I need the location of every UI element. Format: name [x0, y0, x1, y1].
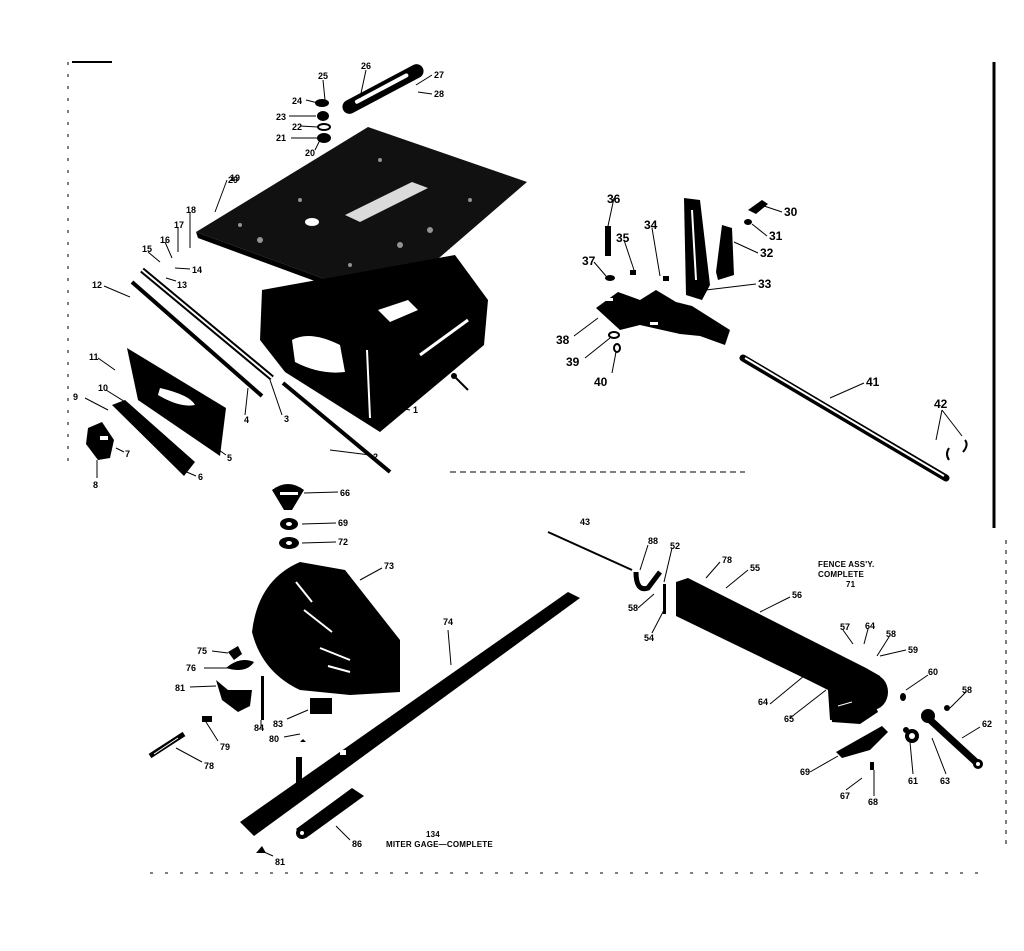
part-callout-27: 27: [434, 71, 444, 80]
part-callout-86: 86: [352, 840, 362, 849]
part-callout-14: 14: [192, 266, 202, 275]
part-callout-63: 63: [940, 777, 950, 786]
part-callout-79: 79: [220, 743, 230, 752]
fence-caption-line2: COMPLETE: [818, 570, 874, 580]
part-callout-38: 38: [556, 334, 569, 346]
part-callout-8: 8: [93, 481, 98, 490]
part-callout-37: 37: [582, 255, 595, 267]
part-callout-26: 26: [361, 62, 371, 71]
part-callout-40: 40: [594, 376, 607, 388]
part-callout-43: 43: [580, 518, 590, 527]
part-callout-41: 41: [866, 376, 879, 388]
part-callout-15: 15: [142, 245, 152, 254]
part-callout-17: 17: [174, 221, 184, 230]
part-callout-13: 13: [177, 281, 187, 290]
part-callout-39: 39: [566, 356, 579, 368]
part-callout-57: 57: [840, 623, 850, 632]
part-callout-20: 20: [305, 149, 315, 158]
part-callout-65: 65: [784, 715, 794, 724]
part-callout-16: 16: [160, 236, 170, 245]
part-callout-31: 31: [769, 230, 782, 242]
part-callout-74: 74: [443, 618, 453, 627]
part-callout-23: 23: [276, 113, 286, 122]
part-callout-76: 76: [186, 664, 196, 673]
part-callout-69: 69: [338, 519, 348, 528]
part-callout-83: 83: [273, 720, 283, 729]
part-callout-81: 81: [175, 684, 185, 693]
part-callout-81: 81: [275, 858, 285, 867]
part-callout-35: 35: [616, 232, 629, 244]
part-callout-3: 3: [284, 415, 289, 424]
part-callout-75: 75: [197, 647, 207, 656]
part-callout-12: 12: [92, 281, 102, 290]
part-callout-72: 72: [338, 538, 348, 547]
part-callout-54: 54: [644, 634, 654, 643]
part-callout-42: 42: [934, 398, 947, 410]
part-callout-78: 78: [204, 762, 214, 771]
parts-diagram: 1234567891011121314151617181920212223242…: [0, 0, 1024, 951]
part-callout-67: 67: [840, 792, 850, 801]
part-callout-1: 1: [413, 406, 418, 415]
part-callout-62: 62: [982, 720, 992, 729]
part-callout-73: 73: [384, 562, 394, 571]
part-callout-4: 4: [244, 416, 249, 425]
diagram-drawing: [0, 0, 1024, 951]
part-callout-28: 28: [434, 90, 444, 99]
part-callout-78: 78: [722, 556, 732, 565]
part-callout-2: 2: [373, 453, 378, 462]
part-callout-58: 58: [628, 604, 638, 613]
miter-caption-number: 134: [386, 830, 493, 840]
part-callout-52: 52: [670, 542, 680, 551]
part-callout-60: 60: [928, 668, 938, 677]
part-callout-34: 34: [644, 219, 657, 231]
part-callout-58: 58: [886, 630, 896, 639]
part-callout-68: 68: [868, 798, 878, 807]
miter-caption-text: MITER GAGE—COMPLETE: [386, 840, 493, 850]
part-callout-84: 84: [254, 724, 264, 733]
part-callout-9: 9: [73, 393, 78, 402]
miter-gage-caption: 134 MITER GAGE—COMPLETE: [386, 830, 493, 850]
part-callout-61: 61: [908, 777, 918, 786]
fence-assembly-caption: FENCE ASS'Y. COMPLETE 71: [818, 560, 874, 590]
part-callout-58: 58: [962, 686, 972, 695]
part-callout-88: 88: [648, 537, 658, 546]
part-callout-7: 7: [125, 450, 130, 459]
part-callout-25: 25: [318, 72, 328, 81]
leader-lines: [85, 70, 980, 856]
part-callout-36: 36: [607, 193, 620, 205]
part-callout-33: 33: [758, 278, 771, 290]
part-callout-56: 56: [792, 591, 802, 600]
part-callout-22: 22: [292, 123, 302, 132]
part-callout-5: 5: [227, 454, 232, 463]
part-callout-18: 18: [186, 206, 196, 215]
part-callout-6: 6: [198, 473, 203, 482]
part-callout-64: 64: [758, 698, 768, 707]
part-callout-66: 66: [340, 489, 350, 498]
part-callout-21: 21: [276, 134, 286, 143]
part-callout-11: 11: [89, 353, 99, 362]
part-callout-30: 30: [784, 206, 797, 218]
fence-caption-number: 71: [818, 580, 874, 590]
fence-caption-line1: FENCE ASS'Y.: [818, 560, 874, 570]
part-callout-69: 69: [800, 768, 810, 777]
part-callout-64: 64: [865, 622, 875, 631]
part-callout-59: 59: [908, 646, 918, 655]
part-callout-29: 29: [228, 176, 238, 185]
part-callout-55: 55: [750, 564, 760, 573]
part-callout-80: 80: [269, 735, 279, 744]
part-callout-10: 10: [98, 384, 108, 393]
part-callout-32: 32: [760, 247, 773, 259]
table-top-group: [86, 62, 527, 476]
part-callout-24: 24: [292, 97, 302, 106]
